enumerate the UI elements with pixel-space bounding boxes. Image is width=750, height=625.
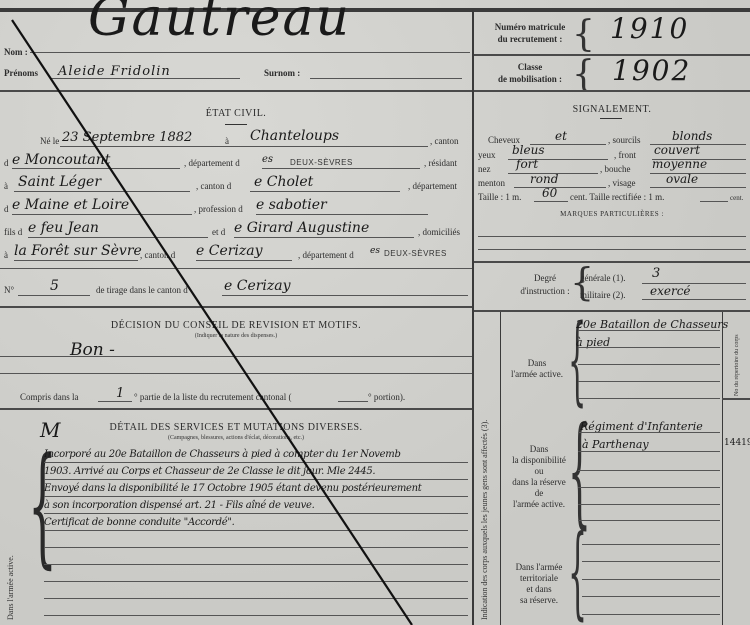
- yeux-label: yeux: [478, 150, 496, 160]
- row-line: [262, 168, 420, 169]
- prenoms-label: Prénoms: [4, 68, 38, 78]
- marques-label: MARQUES PARTICULIÈRES :: [474, 210, 750, 218]
- services-row-line: [44, 615, 468, 616]
- surnom-label: Surnom :: [264, 68, 300, 78]
- classe-value: 1902: [612, 54, 691, 87]
- column-divider: [472, 10, 474, 625]
- taille-label: Taille : 1 m.: [478, 192, 521, 202]
- row-line: [650, 187, 746, 188]
- decision-value: Bon -: [70, 340, 115, 360]
- a-label: à: [225, 136, 229, 146]
- row-line: [98, 401, 132, 402]
- services-row-line: [44, 564, 468, 565]
- canton-label: , canton: [430, 136, 459, 146]
- compris-label-1: Compris dans la: [20, 392, 79, 402]
- domicile-a-label: à: [4, 250, 8, 260]
- ne-le-label: Né le: [40, 136, 59, 146]
- row-line: [478, 236, 746, 237]
- row-line: [578, 381, 720, 382]
- right-margin-label: No du répertoire du corps: [734, 316, 740, 396]
- yeux-value: bleus: [512, 143, 545, 157]
- de-label: d: [4, 158, 9, 168]
- services-row-line: [44, 547, 468, 548]
- nom-value: Gautreau: [88, 0, 351, 48]
- services-row-line: [44, 598, 468, 599]
- military-register-page: Nom : Gautreau Prénoms Aleide Fridolin S…: [0, 0, 750, 625]
- tirage-label: de tirage dans le canton d: [96, 285, 188, 295]
- canton2-label: , canton d: [196, 181, 231, 191]
- canton-value: e Moncoutant: [12, 152, 110, 168]
- active-label-line: l'armée active.: [504, 369, 570, 380]
- generale-label: générale (1).: [580, 273, 625, 283]
- departement2-value: e Maine et Loire: [12, 197, 129, 213]
- row-line: [28, 237, 208, 238]
- row-line: [12, 168, 180, 169]
- disponibilite-label-line: dans la réserve: [502, 477, 576, 488]
- classe-label-1: Classe: [480, 62, 580, 72]
- visage-label: , visage: [608, 178, 636, 188]
- services-entry: 1903. Arrivé au Corps et Chasseur de 2e …: [44, 466, 375, 477]
- fils-label: fils d: [4, 227, 22, 237]
- territoriale-label-line: sa réserve.: [502, 595, 576, 606]
- de2-label: d: [4, 204, 9, 214]
- affectation-divider: [500, 312, 501, 625]
- row-line: [582, 561, 720, 562]
- nom-line: [30, 52, 470, 53]
- title-underline: [600, 118, 622, 119]
- disponibilite-label-line: l'armée active.: [502, 499, 576, 510]
- row-line: [18, 295, 90, 296]
- front-value: couvert: [654, 143, 700, 157]
- row-line: [256, 214, 428, 215]
- brace-icon: {: [568, 522, 587, 622]
- territoriale-label-line: territoriale: [502, 573, 576, 584]
- militaire-label: militaire (2).: [580, 290, 625, 300]
- domicilies-label: , domiciliés: [418, 227, 460, 237]
- row-line: [578, 347, 720, 348]
- right-margin-number: 14419: [724, 438, 750, 448]
- row-line: [582, 596, 720, 597]
- services-entry: Certificat de bonne conduite "Accordé".: [44, 517, 235, 528]
- services-row-line: [44, 530, 468, 531]
- taille-value: 60: [542, 186, 557, 200]
- taille-cent-label: cent. Taille rectifiée : 1 m.: [570, 192, 664, 202]
- bouche-label: , bouche: [600, 164, 631, 174]
- departement-prefix: es: [262, 154, 273, 165]
- section-divider: [0, 306, 472, 308]
- row-line: [478, 249, 746, 250]
- services-entry: à son incorporation dispensé art. 21 - F…: [44, 500, 314, 511]
- nez-value: fort: [516, 157, 538, 171]
- row-line: [582, 544, 720, 545]
- compris-label-3: ° portion).: [368, 392, 405, 402]
- row-line: [234, 237, 414, 238]
- visage-value: ovale: [666, 172, 698, 186]
- row-line: [578, 520, 720, 521]
- cheveux-value: et: [555, 129, 567, 143]
- canton3-value: e Cerizay: [196, 243, 263, 259]
- generale-value: 3: [652, 266, 660, 281]
- residant-label: , résidant: [424, 158, 457, 168]
- row-line: [0, 373, 472, 374]
- departement-stamp: DEUX-SÈVRES: [290, 158, 353, 167]
- active-label-line: Dans: [504, 358, 570, 369]
- margin-divider: [722, 398, 750, 400]
- row-line: [578, 504, 720, 505]
- row-line: [578, 487, 720, 488]
- row-line: [14, 191, 190, 192]
- territoriale-label-line: Dans l'armée: [502, 562, 576, 573]
- matricule-label-1: Numéro matricule: [480, 22, 580, 32]
- row-line: [514, 187, 606, 188]
- et-d-label: et d: [212, 227, 225, 237]
- row-line: [534, 201, 568, 202]
- prenoms-line: [50, 78, 240, 79]
- profession-value: e sabotier: [256, 197, 327, 213]
- section-divider: [474, 261, 750, 263]
- disponibilite-label: Dans la disponibilité ou dans la réserve…: [502, 444, 576, 510]
- row-line: [196, 260, 292, 261]
- etat-civil-title: ÉTAT CIVIL.: [0, 108, 472, 119]
- compris-label-2: ° partie de la liste du recrutement cant…: [134, 392, 292, 402]
- pere: e feu Jean: [28, 220, 99, 236]
- mere: e Girard Augustine: [234, 220, 369, 236]
- tirage-value: 5: [50, 278, 59, 294]
- departement-label: , département d: [184, 158, 240, 168]
- compris-value: 1: [116, 386, 124, 401]
- row-line: [582, 614, 720, 615]
- header-divider: [0, 90, 472, 92]
- services-side-label: Dans l'armée active.: [6, 530, 15, 620]
- matricule-value: 1910: [610, 12, 689, 45]
- menton-label: menton: [478, 178, 505, 188]
- sourcils-label: , sourcils: [608, 135, 641, 145]
- disponibilite-label-line: la disponibilité: [502, 455, 576, 466]
- row-line: [578, 398, 720, 399]
- services-subtitle: (Campagnes, blessures, actions d'éclat, …: [0, 435, 472, 441]
- brace-icon: {: [572, 54, 595, 95]
- territoriale-label-line: et dans: [502, 584, 576, 595]
- row-line: [578, 451, 720, 452]
- row-line: [222, 295, 468, 296]
- row-line: [578, 470, 720, 471]
- matricule-label-2: du recrutement :: [480, 34, 580, 44]
- active-label: Dans l'armée active.: [504, 358, 570, 380]
- classe-divider: [474, 90, 750, 92]
- row-line: [578, 330, 720, 331]
- section-line: [0, 268, 472, 269]
- birth-date: 23 Septembre 1882: [62, 130, 192, 145]
- menton-value: rond: [530, 172, 558, 186]
- row-line: [582, 579, 720, 580]
- affectation-right-divider: [722, 312, 723, 625]
- residence: Saint Léger: [18, 174, 101, 190]
- services-entry: Incorporé au 20e Bataillon de Chasseurs …: [44, 449, 401, 460]
- row-line: [642, 299, 746, 300]
- territoriale-label: Dans l'armée territoriale et dans sa rés…: [502, 562, 576, 606]
- signalement-title: SIGNALEMENT.: [474, 104, 750, 115]
- nez-label: nez: [478, 164, 491, 174]
- services-entry: Envoyé dans la disponibilité le 17 Octob…: [44, 483, 422, 494]
- affectation-side-label: Indication des corps auxquels les jeunes…: [480, 320, 489, 620]
- departement3-label: , département d: [298, 250, 354, 260]
- departement3-prefix: es: [370, 246, 380, 256]
- canton3-label: , canton d: [140, 250, 175, 260]
- row-line: [338, 401, 368, 402]
- cent-label: cent.: [730, 194, 743, 202]
- front-label: , front: [614, 150, 636, 160]
- canton2-value: e Cholet: [254, 174, 313, 190]
- services-row-line: [44, 496, 468, 497]
- diagonal-strike-line: [0, 0, 750, 625]
- domicile: la Forêt sur Sèvre: [14, 243, 142, 259]
- surnom-line: [310, 78, 462, 79]
- no-label: N°: [4, 285, 14, 295]
- row-line: [14, 260, 138, 261]
- section-divider: [0, 408, 472, 410]
- departement2-label: , département: [408, 181, 457, 191]
- disponibilite-label-line: de: [502, 488, 576, 499]
- decision-title: DÉCISION DU CONSEIL DE REVISION ET MOTIF…: [0, 320, 472, 331]
- decision-subtitle: (Indiquer la nature des dispenses.): [0, 333, 472, 339]
- tirage-canton: e Cerizay: [224, 278, 291, 294]
- classe-label-2: de mobilisation :: [480, 74, 580, 84]
- row-line: [578, 364, 720, 365]
- services-row-line: [44, 581, 468, 582]
- row-line: [700, 201, 728, 202]
- services-row-line: [44, 513, 468, 514]
- nom-label: Nom :: [4, 47, 28, 57]
- section-divider: [474, 310, 750, 312]
- title-underline: [225, 124, 247, 125]
- disponibilite-value-2: à Parthenay: [582, 438, 649, 451]
- sourcils-value: blonds: [672, 129, 712, 143]
- row-line: [250, 191, 400, 192]
- row-line: [578, 432, 720, 433]
- services-title: DÉTAIL DES SERVICES ET MUTATIONS DIVERSE…: [0, 422, 472, 433]
- row-line: [12, 214, 192, 215]
- row-line: [0, 356, 472, 357]
- profession-label: , profession d: [194, 204, 243, 214]
- brace-icon: {: [572, 14, 595, 55]
- services-row-line: [44, 479, 468, 480]
- residant-a-label: à: [4, 181, 8, 191]
- birth-place: Chanteloups: [250, 128, 339, 144]
- militaire-value: exercé: [650, 284, 691, 298]
- prenoms-value: Aleide Fridolin: [58, 64, 171, 79]
- disponibilite-label-line: ou: [502, 466, 576, 477]
- bouche-value: moyenne: [652, 157, 707, 171]
- services-row-line: [44, 462, 468, 463]
- disponibilite-label-line: Dans: [502, 444, 576, 455]
- departement3-stamp: DEUX-SÈVRES: [384, 249, 447, 258]
- row-line: [60, 146, 428, 147]
